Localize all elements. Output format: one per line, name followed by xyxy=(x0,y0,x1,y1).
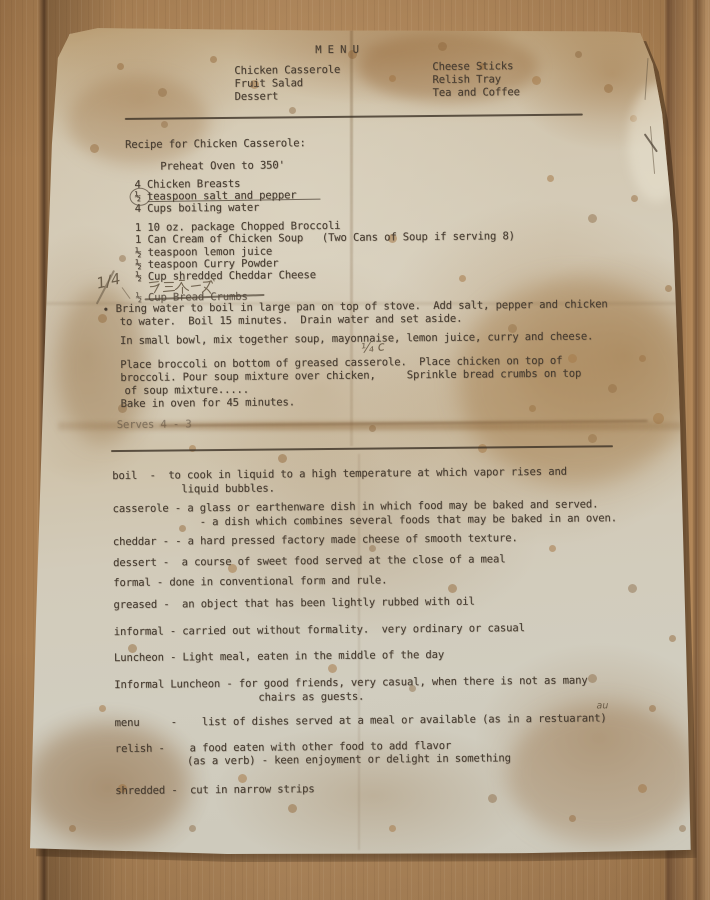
handwritten-au-correction: au xyxy=(596,700,608,711)
step-line: Bake in oven for 45 minutes. xyxy=(121,396,295,410)
recipe-heading: Recipe for Chicken Casserole: xyxy=(125,137,306,151)
divider-rule-top xyxy=(125,114,583,120)
definition-line: - a dish which combines several foods th… xyxy=(200,512,617,528)
handwritten-quarter-cup: ¼ c xyxy=(360,339,385,357)
step-line: of soup mixture..... xyxy=(124,384,249,397)
typed-text-layer: M E N U Chicken Casserole Fruit Salad De… xyxy=(0,0,710,900)
menu-left-item-3: Dessert xyxy=(235,90,279,103)
definition-line: liquid bubbles. xyxy=(181,483,275,496)
definition-line: Luncheon - Light meal, eaten in the midd… xyxy=(114,649,444,664)
definition-line: greased - an object that has been lightl… xyxy=(113,596,474,612)
menu-right-item-2: Relish Tray xyxy=(432,73,501,86)
photo-scene: M E N U Chicken Casserole Fruit Salad De… xyxy=(0,0,710,900)
definition-line: dessert - a course of sweet food served … xyxy=(113,553,505,569)
step-line: In small bowl, mix together soup, mayonn… xyxy=(120,330,593,347)
step-bullet: • xyxy=(103,304,109,316)
pencil-check-mark xyxy=(122,287,131,299)
definition-line: informal - carried out without formality… xyxy=(114,622,525,638)
fold-smudge-line xyxy=(160,420,648,427)
menu-left-item-1: Chicken Casserole xyxy=(234,64,340,77)
preheat-line: Preheat Oven to 350' xyxy=(160,159,285,172)
definition-line: Informal Luncheon - for good friends, ve… xyxy=(114,675,587,692)
definition-line: shredded - cut in narrow strips xyxy=(115,783,314,797)
handwritten-katakana-mayonnaise xyxy=(148,278,214,296)
menu-title: M E N U xyxy=(315,44,359,57)
definition-line: menu - list of dishes served at a meal o… xyxy=(115,712,607,729)
definition-line: formal - done in conventional form and r… xyxy=(113,574,387,589)
divider-rule-bottom xyxy=(111,445,613,451)
circled-quantity-mark xyxy=(129,188,150,206)
definition-line: chairs as guests. xyxy=(258,691,364,704)
definition-line: cheddar - - a hard pressed factory made … xyxy=(113,532,518,548)
definition-line: boil - to cook in liquid to a high tempe… xyxy=(112,466,567,483)
step-line: to water. Boil 15 minutes. Drain water a… xyxy=(120,313,463,328)
menu-right-item-1: Cheese Sticks xyxy=(432,60,513,73)
menu-right-item-3: Tea and Coffee xyxy=(433,86,520,99)
ingredient-line: 1 Can Cream of Chicken Soup (Two Cans of… xyxy=(135,230,515,246)
definition-line: (as a verb) - keen enjoyment or delight … xyxy=(187,752,511,767)
menu-left-item-2: Fruit Salad xyxy=(234,77,303,90)
ingredient-line: 4 Cups boiling water xyxy=(135,202,260,215)
